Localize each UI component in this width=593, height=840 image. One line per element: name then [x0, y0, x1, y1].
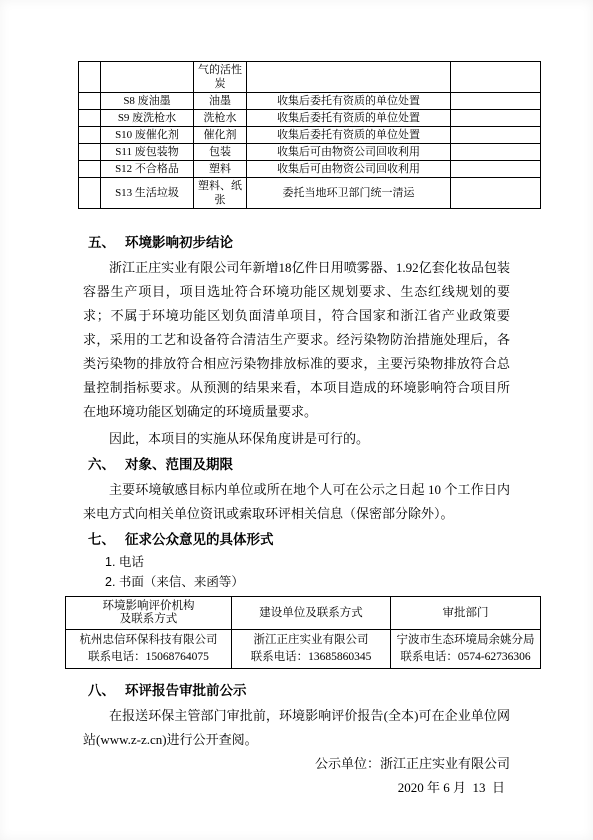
- section-6-heading: 六、对象、范围及期限: [83, 455, 510, 475]
- waste-name-cell: [101, 62, 194, 93]
- waste-name-cell: S12 不合格品: [101, 161, 194, 178]
- waste-material-cell: 气的活性炭: [194, 62, 247, 93]
- section-5-number: 五、: [88, 233, 125, 253]
- table-row: S9 废洗枪水 洗枪水 收集后委托有资质的单位处置: [79, 110, 541, 127]
- section-8-number: 八、: [88, 681, 125, 701]
- spacer-cell: [451, 178, 541, 209]
- section-8-paragraph: 在报送环保主管部门审批前，环境影响评价报告(全本)可在企业单位网站(www.z-…: [83, 704, 510, 752]
- waste-material-cell: 油墨: [194, 93, 247, 110]
- waste-disposal-cell: 收集后委托有资质的单位处置: [247, 110, 451, 127]
- document-body-lower: 八、环评报告审批前公示 在报送环保主管部门审批前，环境影响评价报告(全本)可在企…: [83, 681, 510, 800]
- document-page: 气的活性炭 S8 废油墨 油墨 收集后委托有资质的单位处置 S9 废洗枪水 洗枪…: [0, 0, 593, 840]
- section-5-title: 环境影响初步结论: [125, 235, 233, 250]
- spacer-cell: [451, 161, 541, 178]
- list-item: 1. 电话: [83, 552, 510, 572]
- waste-material-cell: 塑料、纸张: [194, 178, 247, 209]
- header-builder-cell: 建设单位及联系方式: [232, 597, 391, 630]
- spacer-cell: [79, 161, 101, 178]
- spacer-cell: [79, 127, 101, 144]
- waste-name-cell: S13 生活垃圾: [101, 178, 194, 209]
- waste-disposal-cell: 委托当地环卫部门统一清运: [247, 178, 451, 209]
- waste-disposal-cell: 收集后委托有资质的单位处置: [247, 93, 451, 110]
- section-8-heading: 八、环评报告审批前公示: [83, 681, 510, 701]
- company-phone: 联系电话：15068764075: [68, 649, 229, 666]
- header-line: 环境影响评价机构: [68, 600, 229, 613]
- section-6-number: 六、: [88, 455, 125, 475]
- waste-disposal-cell: [247, 62, 451, 93]
- section-5-conclusion: 因此，本项目的实施从环保角度讲是可行的。: [83, 427, 510, 451]
- table-row: S13 生活垃圾 塑料、纸张 委托当地环卫部门统一清运: [79, 178, 541, 209]
- waste-disposal-table: 气的活性炭 S8 废油墨 油墨 收集后委托有资质的单位处置 S9 废洗枪水 洗枪…: [78, 61, 541, 209]
- section-6-paragraph: 主要环境敏感目标内单位或所在地个人可在公示之日起 10 个工作日内来电方式向相关…: [83, 478, 510, 526]
- section-5-paragraph: 浙江正庄实业有限公司年新增18亿件日用喷雾器、1.92亿套化妆品包装容器生产项目…: [83, 256, 510, 424]
- section-7-heading: 七、征求公众意见的具体形式: [83, 530, 510, 550]
- section-7-title: 征求公众意见的具体形式: [125, 532, 274, 547]
- waste-material-cell: 塑料: [194, 161, 247, 178]
- company-name: 宁波市生态环境局余姚分局: [393, 632, 538, 649]
- document-body: 五、环境影响初步结论 浙江正庄实业有限公司年新增18亿件日用喷雾器、1.92亿套…: [83, 233, 510, 592]
- approver-cell: 宁波市生态环境局余姚分局 联系电话：0574-62736306: [391, 630, 541, 669]
- section-7-number: 七、: [88, 530, 125, 550]
- section-8-title: 环评报告审批前公示: [125, 683, 247, 698]
- spacer-cell: [79, 144, 101, 161]
- header-line: 及联系方式: [68, 613, 229, 626]
- section-6-title: 对象、范围及期限: [125, 457, 233, 472]
- spacer-cell: [79, 93, 101, 110]
- waste-material-cell: 包装: [194, 144, 247, 161]
- table-row: S8 废油墨 油墨 收集后委托有资质的单位处置: [79, 93, 541, 110]
- table-row: S10 废催化剂 催化剂 收集后委托有资质的单位处置: [79, 127, 541, 144]
- company-phone: 联系电话：0574-62736306: [393, 649, 538, 666]
- table-header-row: 环境影响评价机构 及联系方式 建设单位及联系方式 审批部门: [66, 597, 541, 630]
- table-row: S12 不合格品 塑料 收集后可由物资公司回收利用: [79, 161, 541, 178]
- waste-material-cell: 洗枪水: [194, 110, 247, 127]
- header-approver-cell: 审批部门: [391, 597, 541, 630]
- spacer-cell: [451, 127, 541, 144]
- eia-agency-cell: 杭州忠信环保科技有限公司 联系电话：15068764075: [66, 630, 232, 669]
- signature-block: 公示单位：浙江正庄实业有限公司 2020 年 6 月 13 日: [83, 752, 510, 800]
- header-eia-agency-cell: 环境影响评价机构 及联系方式: [66, 597, 232, 630]
- waste-name-cell: S9 废洗枪水: [101, 110, 194, 127]
- publisher-line: 公示单位：浙江正庄实业有限公司: [83, 752, 510, 776]
- waste-material-cell: 催化剂: [194, 127, 247, 144]
- waste-name-cell: S8 废油墨: [101, 93, 194, 110]
- spacer-cell: [451, 144, 541, 161]
- builder-cell: 浙江正庄实业有限公司 联系电话：13685860345: [232, 630, 391, 669]
- spacer-cell: [79, 62, 101, 93]
- spacer-cell: [79, 178, 101, 209]
- company-name: 浙江正庄实业有限公司: [234, 632, 388, 649]
- company-name: 杭州忠信环保科技有限公司: [68, 632, 229, 649]
- spacer-cell: [451, 62, 541, 93]
- spacer-cell: [451, 110, 541, 127]
- table-row: 杭州忠信环保科技有限公司 联系电话：15068764075 浙江正庄实业有限公司…: [66, 630, 541, 669]
- spacer-cell: [451, 93, 541, 110]
- feedback-methods-list: 1. 电话 2. 书面（来信、来函等）: [83, 552, 510, 592]
- spacer-cell: [79, 110, 101, 127]
- section-5-heading: 五、环境影响初步结论: [83, 233, 510, 253]
- company-phone: 联系电话：13685860345: [234, 649, 388, 666]
- waste-disposal-cell: 收集后可由物资公司回收利用: [247, 161, 451, 178]
- waste-name-cell: S10 废催化剂: [101, 127, 194, 144]
- date-line: 2020 年 6 月 13 日: [83, 776, 510, 800]
- waste-disposal-cell: 收集后可由物资公司回收利用: [247, 144, 451, 161]
- waste-name-cell: S11 废包装物: [101, 144, 194, 161]
- contact-table: 环境影响评价机构 及联系方式 建设单位及联系方式 审批部门 杭州忠信环保科技有限…: [65, 596, 541, 669]
- table-row: 气的活性炭: [79, 62, 541, 93]
- table-row: S11 废包装物 包装 收集后可由物资公司回收利用: [79, 144, 541, 161]
- waste-disposal-cell: 收集后委托有资质的单位处置: [247, 127, 451, 144]
- list-item: 2. 书面（来信、来函等）: [83, 572, 510, 592]
